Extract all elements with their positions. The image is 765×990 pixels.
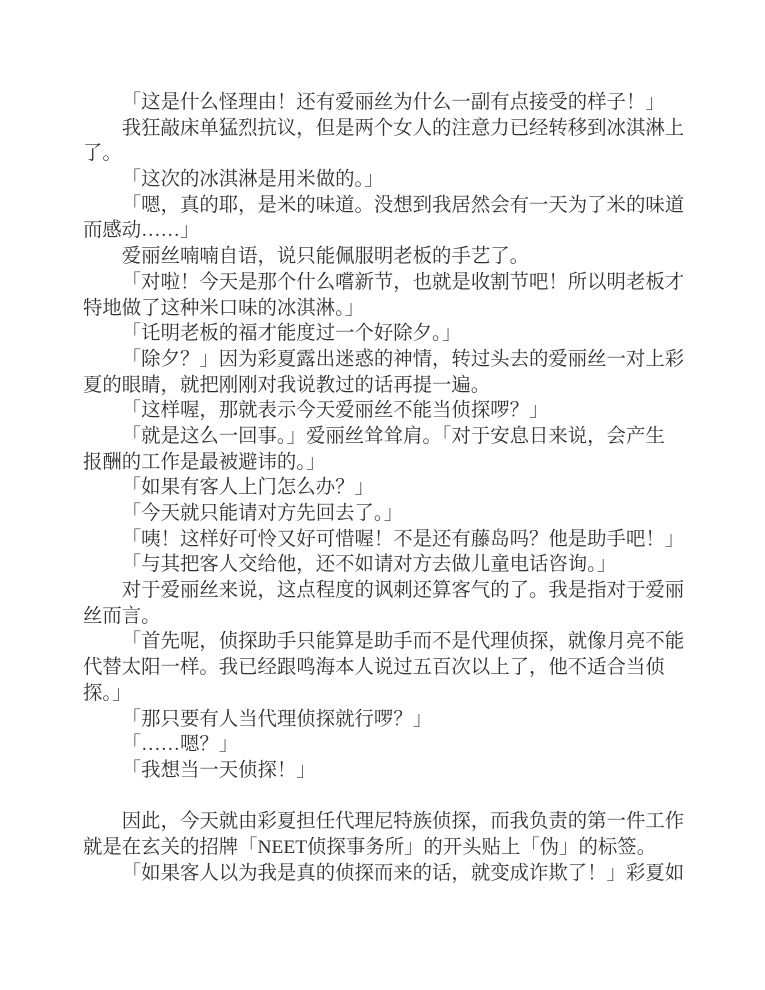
text-line: 对于爱丽丝来说，这点程度的讽刺还算客气的了。我是指对于爱丽 <box>83 578 695 604</box>
paragraph: 「咦！这样好可怜又好可惜喔！不是还有藤岛吗？他是助手吧！」 <box>83 527 695 553</box>
text-line: 夏的眼睛，就把刚刚对我说教过的话再提一遍。 <box>83 373 695 399</box>
text-line: 「对啦！今天是那个什么嚐新节，也就是收割节吧！所以明老板才 <box>83 270 695 296</box>
paragraph: 「这次的冰淇淋是用米做的。」 <box>83 167 695 193</box>
text-line: 「这次的冰淇淋是用米做的。」 <box>83 167 695 193</box>
text-line: 探。」 <box>83 681 695 707</box>
text-line: 「讬明老板的福才能度过一个好除夕。」 <box>83 321 695 347</box>
paragraph: 「我想当一天侦探！」 <box>83 758 695 784</box>
paragraph: 「首先呢，侦探助手只能算是助手而不是代理侦探，就像月亮不能代替太阳一样。我已经跟… <box>83 629 695 706</box>
text-line: 「如果客人以为我是真的侦探而来的话，就变成诈欺了！」彩夏如 <box>83 861 695 887</box>
paragraph: 我狂敲床单猛烈抗议，但是两个女人的注意力已经转移到冰淇淋上了。 <box>83 116 695 167</box>
paragraph: 「讬明老板的福才能度过一个好除夕。」 <box>83 321 695 347</box>
text-line: 「这样喔，那就表示今天爱丽丝不能当侦探啰？」 <box>83 398 695 424</box>
text-line: 「这是什么怪理由！还有爱丽丝为什么一副有点接受的样子！」 <box>83 90 695 116</box>
text-line: 报酬的工作是最被避讳的。」 <box>83 450 695 476</box>
text-line: 「……嗯？」 <box>83 732 695 758</box>
text-line: 因此，今天就由彩夏担任代理尼特族侦探，而我负责的第一件工作 <box>83 809 695 835</box>
text-line: 爱丽丝喃喃自语，说只能佩服明老板的手艺了。 <box>83 244 695 270</box>
paragraph: 「如果客人以为我是真的侦探而来的话，就变成诈欺了！」彩夏如 <box>83 861 695 887</box>
text-line: 丝而言。 <box>83 604 695 630</box>
paragraph: 「这是什么怪理由！还有爱丽丝为什么一副有点接受的样子！」 <box>83 90 695 116</box>
paragraph: 「这样喔，那就表示今天爱丽丝不能当侦探啰？」 <box>83 398 695 424</box>
text-line: 而感动……」 <box>83 218 695 244</box>
paragraph: 「今天就只能请对方先回去了。」 <box>83 501 695 527</box>
text-line: 「就是这么一回事。」爱丽丝耸耸肩。「对于安息日来说，会产生 <box>83 424 695 450</box>
paragraph: 「对啦！今天是那个什么嚐新节，也就是收割节吧！所以明老板才特地做了这种米口味的冰… <box>83 270 695 321</box>
paragraph: 「除夕？」因为彩夏露出迷惑的神情，转过头去的爱丽丝一对上彩夏的眼睛，就把刚刚对我… <box>83 347 695 398</box>
text-line: 「我想当一天侦探！」 <box>83 758 695 784</box>
text-line: 特地做了这种米口味的冰淇淋。」 <box>83 296 695 322</box>
text-line: 「那只要有人当代理侦探就行啰？」 <box>83 707 695 733</box>
paragraph: 「与其把客人交给他，还不如请对方去做儿童电话咨询。」 <box>83 552 695 578</box>
text-line: 「咦！这样好可怜又好可惜喔！不是还有藤岛吗？他是助手吧！」 <box>83 527 695 553</box>
text-line: 了。 <box>83 141 695 167</box>
novel-text-page: 「这是什么怪理由！还有爱丽丝为什么一副有点接受的样子！」我狂敲床单猛烈抗议，但是… <box>83 90 695 886</box>
text-line: 「与其把客人交给他，还不如请对方去做儿童电话咨询。」 <box>83 552 695 578</box>
paragraph: 「就是这么一回事。」爱丽丝耸耸肩。「对于安息日来说，会产生报酬的工作是最被避讳的… <box>83 424 695 475</box>
page: 「这是什么怪理由！还有爱丽丝为什么一副有点接受的样子！」我狂敲床单猛烈抗议，但是… <box>0 0 765 990</box>
paragraph: 因此，今天就由彩夏担任代理尼特族侦探，而我负责的第一件工作就是在玄关的招牌「NE… <box>83 809 695 860</box>
paragraph: 「嗯，真的耶，是米的味道。没想到我居然会有一天为了米的味道而感动……」 <box>83 193 695 244</box>
text-line: 「嗯，真的耶，是米的味道。没想到我居然会有一天为了米的味道 <box>83 193 695 219</box>
text-line: 「首先呢，侦探助手只能算是助手而不是代理侦探，就像月亮不能 <box>83 629 695 655</box>
text-line: 「如果有客人上门怎么办？」 <box>83 475 695 501</box>
text-line: 「除夕？」因为彩夏露出迷惑的神情，转过头去的爱丽丝一对上彩 <box>83 347 695 373</box>
paragraph: 「……嗯？」 <box>83 732 695 758</box>
text-line: 「今天就只能请对方先回去了。」 <box>83 501 695 527</box>
text-line: 代替太阳一样。我已经跟鸣海本人说过五百次以上了，他不适合当侦 <box>83 655 695 681</box>
paragraph: 「如果有客人上门怎么办？」 <box>83 475 695 501</box>
text-line: 我狂敲床单猛烈抗议，但是两个女人的注意力已经转移到冰淇淋上 <box>83 116 695 142</box>
paragraph: 对于爱丽丝来说，这点程度的讽刺还算客气的了。我是指对于爱丽丝而言。 <box>83 578 695 629</box>
text-line: 就是在玄关的招牌「NEET侦探事务所」的开头贴上「伪」的标签。 <box>83 835 695 861</box>
paragraph: 「那只要有人当代理侦探就行啰？」 <box>83 707 695 733</box>
paragraph: 爱丽丝喃喃自语，说只能佩服明老板的手艺了。 <box>83 244 695 270</box>
